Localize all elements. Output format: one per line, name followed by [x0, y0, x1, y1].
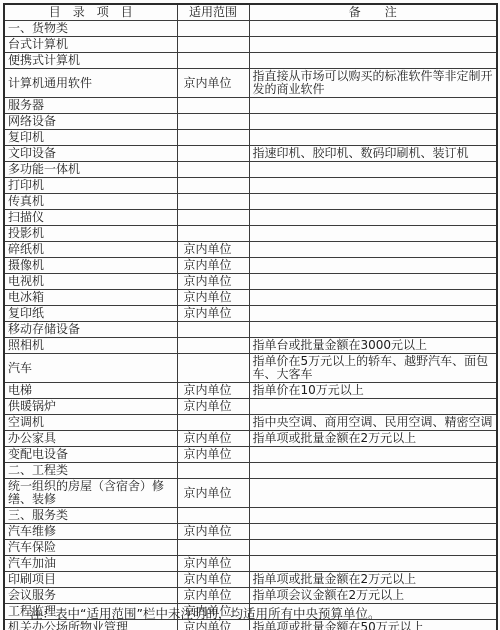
cell-item: 便携式计算机	[4, 53, 177, 69]
header-cell-item: 目 录 项 目	[4, 4, 177, 21]
cell-scope	[177, 53, 249, 69]
cell-scope	[177, 37, 249, 53]
header-cell-remark: 备 注	[249, 4, 497, 21]
table-row: 传真机	[4, 194, 497, 210]
table-row: 汽车指单价在5万元以上的轿车、越野汽车、面包车、大客车	[4, 354, 497, 383]
cell-scope: 京内单位	[177, 69, 249, 98]
cell-item: 复印机	[4, 130, 177, 146]
cell-remark	[249, 98, 497, 114]
cell-item: 复印纸	[4, 306, 177, 322]
cell-item: 台式计算机	[4, 37, 177, 53]
table-row: 台式计算机	[4, 37, 497, 53]
cell-remark	[249, 37, 497, 53]
table-row: 计算机通用软件京内单位指直接从市场可以购买的标准软件等非定制开发的商业软件	[4, 69, 497, 98]
cell-remark: 指中央空调、商用空调、民用空调、精密空调	[249, 415, 497, 431]
cell-item: 印刷项目	[4, 572, 177, 588]
cell-scope: 京内单位	[177, 556, 249, 572]
cell-item: 移动存储设备	[4, 322, 177, 338]
table-row: 空调机指中央空调、商用空调、民用空调、精密空调	[4, 415, 497, 431]
cell-item: 多功能一体机	[4, 162, 177, 178]
cell-scope	[177, 194, 249, 210]
table-row: 二、工程类	[4, 463, 497, 479]
cell-item: 统一组织的房屋（含宿舍）修缮、装修	[4, 479, 177, 508]
cell-scope: 京内单位	[177, 306, 249, 322]
cell-scope: 京内单位	[177, 274, 249, 290]
cell-scope: 京内单位	[177, 524, 249, 540]
table-row: 便携式计算机	[4, 53, 497, 69]
cell-item: 变配电设备	[4, 447, 177, 463]
table-row: 供暖锅炉京内单位	[4, 399, 497, 415]
cell-item: 供暖锅炉	[4, 399, 177, 415]
table-row: 汽车保险	[4, 540, 497, 556]
cell-scope	[177, 98, 249, 114]
cell-remark	[249, 447, 497, 463]
cell-scope: 京内单位	[177, 383, 249, 399]
cell-scope	[177, 146, 249, 162]
cell-remark	[249, 258, 497, 274]
cell-item: 扫描仪	[4, 210, 177, 226]
cell-item: 会议服务	[4, 588, 177, 604]
cell-item: 办公家具	[4, 431, 177, 447]
cell-item: 空调机	[4, 415, 177, 431]
cell-item: 汽车加油	[4, 556, 177, 572]
cell-scope	[177, 508, 249, 524]
cell-remark	[249, 479, 497, 508]
cell-scope: 京内单位	[177, 572, 249, 588]
cell-item: 电视机	[4, 274, 177, 290]
cell-remark	[249, 540, 497, 556]
cell-scope	[177, 130, 249, 146]
cell-remark	[249, 322, 497, 338]
cell-item: 电冰箱	[4, 290, 177, 306]
table-header: 目 录 项 目 适用范围 备 注	[4, 4, 497, 21]
table-row: 打印机	[4, 178, 497, 194]
cell-item: 投影机	[4, 226, 177, 242]
cell-item: 一、货物类	[4, 21, 177, 37]
cell-item: 汽车保险	[4, 540, 177, 556]
cell-scope: 京内单位	[177, 258, 249, 274]
cell-remark	[249, 194, 497, 210]
table-row: 办公家具京内单位指单项或批量金额在2万元以上	[4, 431, 497, 447]
table-row: 电视机京内单位	[4, 274, 497, 290]
table-row: 移动存储设备	[4, 322, 497, 338]
cell-remark	[249, 178, 497, 194]
cell-item: 摄像机	[4, 258, 177, 274]
cell-scope	[177, 322, 249, 338]
cell-scope	[177, 415, 249, 431]
cell-item: 文印设备	[4, 146, 177, 162]
cell-remark	[249, 210, 497, 226]
cell-item: 电梯	[4, 383, 177, 399]
cell-remark: 指单项会议金额在2万元以上	[249, 588, 497, 604]
table-row: 汽车加油京内单位	[4, 556, 497, 572]
cell-item: 二、工程类	[4, 463, 177, 479]
cell-remark: 指速印机、胶印机、数码印刷机、装订机	[249, 146, 497, 162]
table-row: 文印设备指速印机、胶印机、数码印刷机、装订机	[4, 146, 497, 162]
cell-remark	[249, 524, 497, 540]
cell-remark	[249, 114, 497, 130]
table-row: 照相机指单台或批量金额在3000元以上	[4, 338, 497, 354]
table-row: 扫描仪	[4, 210, 497, 226]
table-row: 投影机	[4, 226, 497, 242]
cell-remark: 指单价在5万元以上的轿车、越野汽车、面包车、大客车	[249, 354, 497, 383]
cell-remark: 指直接从市场可以购买的标准软件等非定制开发的商业软件	[249, 69, 497, 98]
table-row: 变配电设备京内单位	[4, 447, 497, 463]
cell-item: 汽车	[4, 354, 177, 383]
table-row: 电梯京内单位指单价在10万元以上	[4, 383, 497, 399]
cell-remark	[249, 556, 497, 572]
cell-scope	[177, 210, 249, 226]
cell-remark: 指单价在10万元以上	[249, 383, 497, 399]
cell-scope: 京内单位	[177, 290, 249, 306]
table-row: 电冰箱京内单位	[4, 290, 497, 306]
cell-remark: 指单项或批量金额在2万元以上	[249, 572, 497, 588]
table-row: 多功能一体机	[4, 162, 497, 178]
table-row: 统一组织的房屋（含宿舍）修缮、装修京内单位	[4, 479, 497, 508]
table-row: 三、服务类	[4, 508, 497, 524]
cell-item: 传真机	[4, 194, 177, 210]
cell-remark	[249, 130, 497, 146]
cell-item: 汽车维修	[4, 524, 177, 540]
cell-scope: 京内单位	[177, 431, 249, 447]
cell-remark	[249, 463, 497, 479]
table-row: 摄像机京内单位	[4, 258, 497, 274]
table-row: 服务器	[4, 98, 497, 114]
table-row: 碎纸机京内单位	[4, 242, 497, 258]
cell-item: 三、服务类	[4, 508, 177, 524]
cell-remark	[249, 508, 497, 524]
header-cell-scope: 适用范围	[177, 4, 249, 21]
cell-remark: 指单项或批量金额在2万元以上	[249, 431, 497, 447]
table-row: 复印纸京内单位	[4, 306, 497, 322]
cell-remark	[249, 53, 497, 69]
cell-scope	[177, 178, 249, 194]
cell-scope	[177, 162, 249, 178]
cell-scope	[177, 463, 249, 479]
table-row: 汽车维修京内单位	[4, 524, 497, 540]
cell-remark	[249, 242, 497, 258]
cell-scope: 京内单位	[177, 447, 249, 463]
cell-scope: 京内单位	[177, 588, 249, 604]
table-body: 一、货物类台式计算机便携式计算机计算机通用软件京内单位指直接从市场可以购买的标准…	[4, 21, 497, 630]
scanned-document-page: 目 录 项 目 适用范围 备 注 一、货物类台式计算机便携式计算机计算机通用软件…	[0, 0, 500, 630]
cell-item: 计算机通用软件	[4, 69, 177, 98]
cell-remark	[249, 21, 497, 37]
cell-scope	[177, 114, 249, 130]
catalog-table: 目 录 项 目 适用范围 备 注 一、货物类台式计算机便携式计算机计算机通用软件…	[3, 3, 498, 630]
footnote: 注：表中“适用范围”栏中未注明的，均适用所有中央预算单位。	[30, 606, 380, 622]
cell-remark	[249, 274, 497, 290]
table-row: 会议服务京内单位指单项会议金额在2万元以上	[4, 588, 497, 604]
cell-remark	[249, 399, 497, 415]
cell-scope: 京内单位	[177, 479, 249, 508]
table-row: 网络设备	[4, 114, 497, 130]
cell-remark: 指单台或批量金额在3000元以上	[249, 338, 497, 354]
cell-scope	[177, 226, 249, 242]
cell-remark	[249, 290, 497, 306]
cell-remark	[249, 162, 497, 178]
cell-remark	[249, 226, 497, 242]
cell-scope	[177, 338, 249, 354]
cell-scope	[177, 540, 249, 556]
cell-item: 照相机	[4, 338, 177, 354]
cell-item: 网络设备	[4, 114, 177, 130]
header-row: 目 录 项 目 适用范围 备 注	[4, 4, 497, 21]
table-row: 复印机	[4, 130, 497, 146]
table-row: 印刷项目京内单位指单项或批量金额在2万元以上	[4, 572, 497, 588]
cell-item: 碎纸机	[4, 242, 177, 258]
cell-scope	[177, 354, 249, 383]
table-row: 一、货物类	[4, 21, 497, 37]
cell-scope: 京内单位	[177, 242, 249, 258]
cell-scope: 京内单位	[177, 399, 249, 415]
cell-scope	[177, 21, 249, 37]
cell-item: 打印机	[4, 178, 177, 194]
cell-item: 服务器	[4, 98, 177, 114]
cell-remark	[249, 306, 497, 322]
